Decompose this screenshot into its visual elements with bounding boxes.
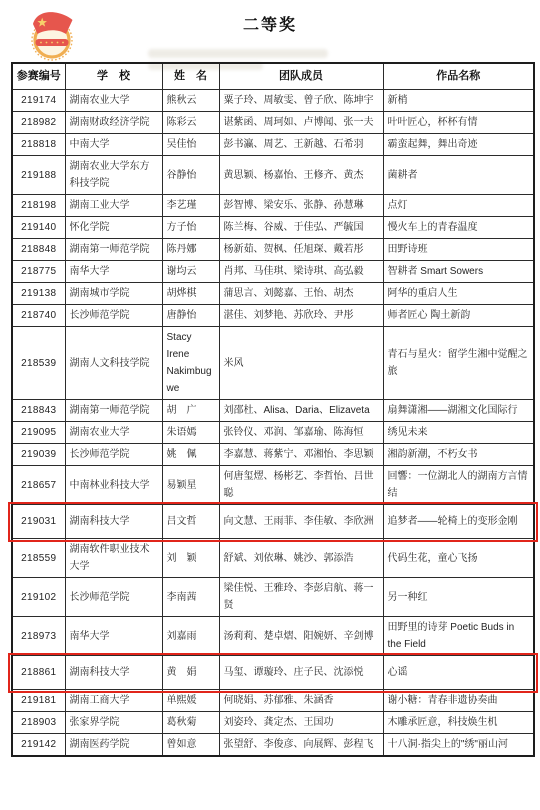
header-entry-id: 参赛编号 bbox=[12, 63, 65, 90]
work-title-cell: 十八洞·指尖上的"绣"丽山河 bbox=[383, 734, 534, 757]
entry-id: 219039 bbox=[12, 444, 65, 466]
table-row: 218775南华大学谢均云肖邦、马佳琪、梁诗琪、高弘毅智耕者 Smart Sow… bbox=[12, 261, 534, 283]
school-cell: 湖南第一师范学院 bbox=[65, 239, 162, 261]
name-cell: 姚 佩 bbox=[162, 444, 219, 466]
name-cell: 方子怡 bbox=[162, 217, 219, 239]
school-cell: 南华大学 bbox=[65, 261, 162, 283]
name-cell: 胡烨棋 bbox=[162, 283, 219, 305]
table-row: 218982湖南财政经济学院陈彩云谌紫函、周珂如、卢博闻、张一夫叶叶匠心，杯杯有… bbox=[12, 112, 534, 134]
name-cell: 陈彩云 bbox=[162, 112, 219, 134]
name-cell: 葛秋菊 bbox=[162, 712, 219, 734]
team-members-cell: 谌紫函、周珂如、卢博闻、张一夫 bbox=[219, 112, 383, 134]
school-cell: 怀化学院 bbox=[65, 217, 162, 239]
name-cell: 吴佳怡 bbox=[162, 134, 219, 156]
name-cell: 朱语嫣 bbox=[162, 422, 219, 444]
name-cell: 刘 颖 bbox=[162, 539, 219, 578]
team-members-cell: 舒斌、刘依琳、姚沙、郭添浩 bbox=[219, 539, 383, 578]
table-row: 218848湖南第一师范学院陈丹娜杨新茹、贺枫、任旭琛、戴若彤田野诗班 bbox=[12, 239, 534, 261]
table-row: 219138湖南城市学院胡烨棋蒲思言、刘懿嘉、王怡、胡杰阿华的重启人生 bbox=[12, 283, 534, 305]
header-name: 姓 名 bbox=[162, 63, 219, 90]
entry-id: 218775 bbox=[12, 261, 65, 283]
table-row: 219031湖南科技大学吕文哲向文慧、王雨菲、李佳敏、李欣洲追梦者——轮椅上的变… bbox=[12, 505, 534, 539]
table-row: 218559湖南软件职业技术大学刘 颖舒斌、刘依琳、姚沙、郭添浩代码生花，童心飞… bbox=[12, 539, 534, 578]
school-cell: 长沙师范学院 bbox=[65, 444, 162, 466]
entry-id: 218559 bbox=[12, 539, 65, 578]
school-cell: 南华大学 bbox=[65, 617, 162, 656]
team-members-cell: 马玺、谭璇玲、庄子民、沈添悦 bbox=[219, 656, 383, 690]
entry-id: 218982 bbox=[12, 112, 65, 134]
team-members-cell: 杨新茹、贺枫、任旭琛、戴若彤 bbox=[219, 239, 383, 261]
entry-id: 219138 bbox=[12, 283, 65, 305]
document-page: 二等奖 参赛编号 学 校 姓 名 团队成员 作品名称 219174湖南农业大学熊… bbox=[0, 0, 540, 810]
entry-id: 218843 bbox=[12, 400, 65, 422]
name-cell: 陈丹娜 bbox=[162, 239, 219, 261]
team-members-cell: 李嘉慧、蒋紫宁、邓湘怡、李思颖 bbox=[219, 444, 383, 466]
work-title-cell: 田野里的诗芽 Poetic Buds in the Field bbox=[383, 617, 534, 656]
name-cell: Stacy Irene Nakimbugwe bbox=[162, 327, 219, 400]
header-team-members: 团队成员 bbox=[219, 63, 383, 90]
awards-table-body: 219174湖南农业大学熊秋云粟子玲、周敏雯、曾子欣、陈坤宇新梢218982湖南… bbox=[12, 90, 534, 757]
work-title-cell: 绣见未来 bbox=[383, 422, 534, 444]
work-title-cell: 点灯 bbox=[383, 195, 534, 217]
work-title-cell: 慢火车上的青春温度 bbox=[383, 217, 534, 239]
name-cell: 胡 广 bbox=[162, 400, 219, 422]
entry-id: 218818 bbox=[12, 134, 65, 156]
entry-id: 218740 bbox=[12, 305, 65, 327]
name-cell: 吕文哲 bbox=[162, 505, 219, 539]
school-cell: 湖南城市学院 bbox=[65, 283, 162, 305]
work-title-cell: 扇舞潇湘——湖湘文化国际行 bbox=[383, 400, 534, 422]
school-cell: 湖南工商大学 bbox=[65, 690, 162, 712]
entry-id: 219188 bbox=[12, 156, 65, 195]
school-cell: 张家界学院 bbox=[65, 712, 162, 734]
work-title-cell: 代码生花，童心飞扬 bbox=[383, 539, 534, 578]
team-members-cell: 张铃仪、邓润、邹嘉瑜、陈海恒 bbox=[219, 422, 383, 444]
team-members-cell: 肖邦、马佳琪、梁诗琪、高弘毅 bbox=[219, 261, 383, 283]
entry-id: 218657 bbox=[12, 466, 65, 505]
school-cell: 湖南农业大学 bbox=[65, 90, 162, 112]
work-title-cell: 阿华的重启人生 bbox=[383, 283, 534, 305]
table-row: 219142湖南医药学院曾如意张望舒、李俊彦、向展辉、彭程飞十八洞·指尖上的"绣… bbox=[12, 734, 534, 757]
awards-table: 参赛编号 学 校 姓 名 团队成员 作品名称 219174湖南农业大学熊秋云粟子… bbox=[11, 62, 535, 757]
entry-id: 218539 bbox=[12, 327, 65, 400]
school-cell: 中南林业科技大学 bbox=[65, 466, 162, 505]
header-work-title: 作品名称 bbox=[383, 63, 534, 90]
table-row: 219140怀化学院方子怡陈兰梅、谷威、于佳弘、严毓国慢火车上的青春温度 bbox=[12, 217, 534, 239]
work-title-cell: 叶叶匠心，杯杯有情 bbox=[383, 112, 534, 134]
name-cell: 谷静怡 bbox=[162, 156, 219, 195]
table-row: 218818中南大学吴佳怡彭书瀛、周艺、王新越、石希羽霸蛮起舞，舞出奇迹 bbox=[12, 134, 534, 156]
table-row: 218903张家界学院葛秋菊刘姿玲、龚定杰、王国功木雕承匠意，科技焕生机 bbox=[12, 712, 534, 734]
school-cell: 湖南人文科技学院 bbox=[65, 327, 162, 400]
watermark-smudge bbox=[148, 49, 328, 58]
school-cell: 湖南科技大学 bbox=[65, 505, 162, 539]
table-row: 218539湖南人文科技学院Stacy Irene Nakimbugwe米风青石… bbox=[12, 327, 534, 400]
table-row: 218198湖南工业大学李艺瑾彭智博、梁安乐、张静、孙慧琳点灯 bbox=[12, 195, 534, 217]
name-cell: 黄 娟 bbox=[162, 656, 219, 690]
team-members-cell: 汤莉莉、楚卓熠、阳婉妍、辛剑博 bbox=[219, 617, 383, 656]
school-cell: 长沙师范学院 bbox=[65, 305, 162, 327]
table-row: 218843湖南第一师范学院胡 广刘邵杜、Alisa、Daria、Elizave… bbox=[12, 400, 534, 422]
team-members-cell: 彭智博、梁安乐、张静、孙慧琳 bbox=[219, 195, 383, 217]
entry-id: 219140 bbox=[12, 217, 65, 239]
entry-id: 218848 bbox=[12, 239, 65, 261]
table-row: 218657中南林业科技大学易颖星何唐玺熤、杨彬艺、李哲怡、吕世聪回響：一位湖北… bbox=[12, 466, 534, 505]
name-cell: 熊秋云 bbox=[162, 90, 219, 112]
team-members-cell: 何唐玺熤、杨彬艺、李哲怡、吕世聪 bbox=[219, 466, 383, 505]
table-row: 219174湖南农业大学熊秋云粟子玲、周敏雯、曾子欣、陈坤宇新梢 bbox=[12, 90, 534, 112]
work-title-cell: 青石与星火：留学生湘中觉醒之旅 bbox=[383, 327, 534, 400]
team-members-cell: 向文慧、王雨菲、李佳敏、李欣洲 bbox=[219, 505, 383, 539]
team-members-cell: 刘姿玲、龚定杰、王国功 bbox=[219, 712, 383, 734]
entry-id: 219142 bbox=[12, 734, 65, 757]
table-row: 219095湖南农业大学朱语嫣张铃仪、邓润、邹嘉瑜、陈海恒绣见未来 bbox=[12, 422, 534, 444]
entry-id: 219102 bbox=[12, 578, 65, 617]
school-cell: 湖南农业大学东方科技学院 bbox=[65, 156, 162, 195]
school-cell: 湖南医药学院 bbox=[65, 734, 162, 757]
team-members-cell: 张望舒、李俊彦、向展辉、彭程飞 bbox=[219, 734, 383, 757]
entry-id: 219181 bbox=[12, 690, 65, 712]
work-title-cell: 谢小糖：青春非遗协奏曲 bbox=[383, 690, 534, 712]
work-title-cell: 新梢 bbox=[383, 90, 534, 112]
table-row: 219039长沙师范学院姚 佩李嘉慧、蒋紫宁、邓湘怡、李思颖湘韵新潮，不朽女书 bbox=[12, 444, 534, 466]
entry-id: 218198 bbox=[12, 195, 65, 217]
work-title-cell: 田野诗班 bbox=[383, 239, 534, 261]
name-cell: 刘嘉雨 bbox=[162, 617, 219, 656]
name-cell: 易颖星 bbox=[162, 466, 219, 505]
work-title-cell: 回響：一位湖北人的湖南方言情结 bbox=[383, 466, 534, 505]
table-row: 219188湖南农业大学东方科技学院谷静怡黄思颖、杨嘉怡、王修齐、黄杰菌耕者 bbox=[12, 156, 534, 195]
school-cell: 中南大学 bbox=[65, 134, 162, 156]
school-cell: 湖南财政经济学院 bbox=[65, 112, 162, 134]
team-members-cell: 何晓娟、苏郁雅、朱涵香 bbox=[219, 690, 383, 712]
team-members-cell: 彭书瀛、周艺、王新越、石希羽 bbox=[219, 134, 383, 156]
work-title-cell: 另一种红 bbox=[383, 578, 534, 617]
team-members-cell: 蒲思言、刘懿嘉、王怡、胡杰 bbox=[219, 283, 383, 305]
name-cell: 单熙媛 bbox=[162, 690, 219, 712]
name-cell: 谢均云 bbox=[162, 261, 219, 283]
work-title-cell: 菌耕者 bbox=[383, 156, 534, 195]
name-cell: 李艺瑾 bbox=[162, 195, 219, 217]
table-row: 218973南华大学刘嘉雨汤莉莉、楚卓熠、阳婉妍、辛剑博田野里的诗芽 Poeti… bbox=[12, 617, 534, 656]
team-members-cell: 刘邵杜、Alisa、Daria、Elizaveta bbox=[219, 400, 383, 422]
team-members-cell: 黄思颖、杨嘉怡、王修齐、黄杰 bbox=[219, 156, 383, 195]
team-members-cell: 湛佳、刘梦艳、苏欣玲、尹彤 bbox=[219, 305, 383, 327]
page-title: 二等奖 bbox=[0, 12, 540, 35]
work-title-cell: 追梦者——轮椅上的变形金刚 bbox=[383, 505, 534, 539]
entry-id: 218861 bbox=[12, 656, 65, 690]
work-title-cell: 湘韵新潮，不朽女书 bbox=[383, 444, 534, 466]
name-cell: 李南茜 bbox=[162, 578, 219, 617]
table-header-row: 参赛编号 学 校 姓 名 团队成员 作品名称 bbox=[12, 63, 534, 90]
work-title-cell: 智耕者 Smart Sowers bbox=[383, 261, 534, 283]
name-cell: 曾如意 bbox=[162, 734, 219, 757]
school-cell: 湖南工业大学 bbox=[65, 195, 162, 217]
name-cell: 唐静怡 bbox=[162, 305, 219, 327]
entry-id: 219095 bbox=[12, 422, 65, 444]
entry-id: 218973 bbox=[12, 617, 65, 656]
team-members-cell: 米风 bbox=[219, 327, 383, 400]
school-cell: 湖南农业大学 bbox=[65, 422, 162, 444]
school-cell: 湖南科技大学 bbox=[65, 656, 162, 690]
team-members-cell: 粟子玲、周敏雯、曾子欣、陈坤宇 bbox=[219, 90, 383, 112]
entry-id: 218903 bbox=[12, 712, 65, 734]
team-members-cell: 梁佳悦、王雅玲、李彭启航、蒋一贤 bbox=[219, 578, 383, 617]
table-row: 218740长沙师范学院唐静怡湛佳、刘梦艳、苏欣玲、尹彤师者匠心 陶土新韵 bbox=[12, 305, 534, 327]
header-school: 学 校 bbox=[65, 63, 162, 90]
team-members-cell: 陈兰梅、谷威、于佳弘、严毓国 bbox=[219, 217, 383, 239]
work-title-cell: 木雕承匠意，科技焕生机 bbox=[383, 712, 534, 734]
table-row: 219181湖南工商大学单熙媛何晓娟、苏郁雅、朱涵香谢小糖：青春非遗协奏曲 bbox=[12, 690, 534, 712]
school-cell: 长沙师范学院 bbox=[65, 578, 162, 617]
table-row: 219102长沙师范学院李南茜梁佳悦、王雅玲、李彭启航、蒋一贤另一种红 bbox=[12, 578, 534, 617]
table-row: 218861湖南科技大学黄 娟马玺、谭璇玲、庄子民、沈添悦心谣 bbox=[12, 656, 534, 690]
work-title-cell: 师者匠心 陶土新韵 bbox=[383, 305, 534, 327]
school-cell: 湖南软件职业技术大学 bbox=[65, 539, 162, 578]
school-cell: 湖南第一师范学院 bbox=[65, 400, 162, 422]
entry-id: 219031 bbox=[12, 505, 65, 539]
entry-id: 219174 bbox=[12, 90, 65, 112]
work-title-cell: 心谣 bbox=[383, 656, 534, 690]
work-title-cell: 霸蛮起舞，舞出奇迹 bbox=[383, 134, 534, 156]
